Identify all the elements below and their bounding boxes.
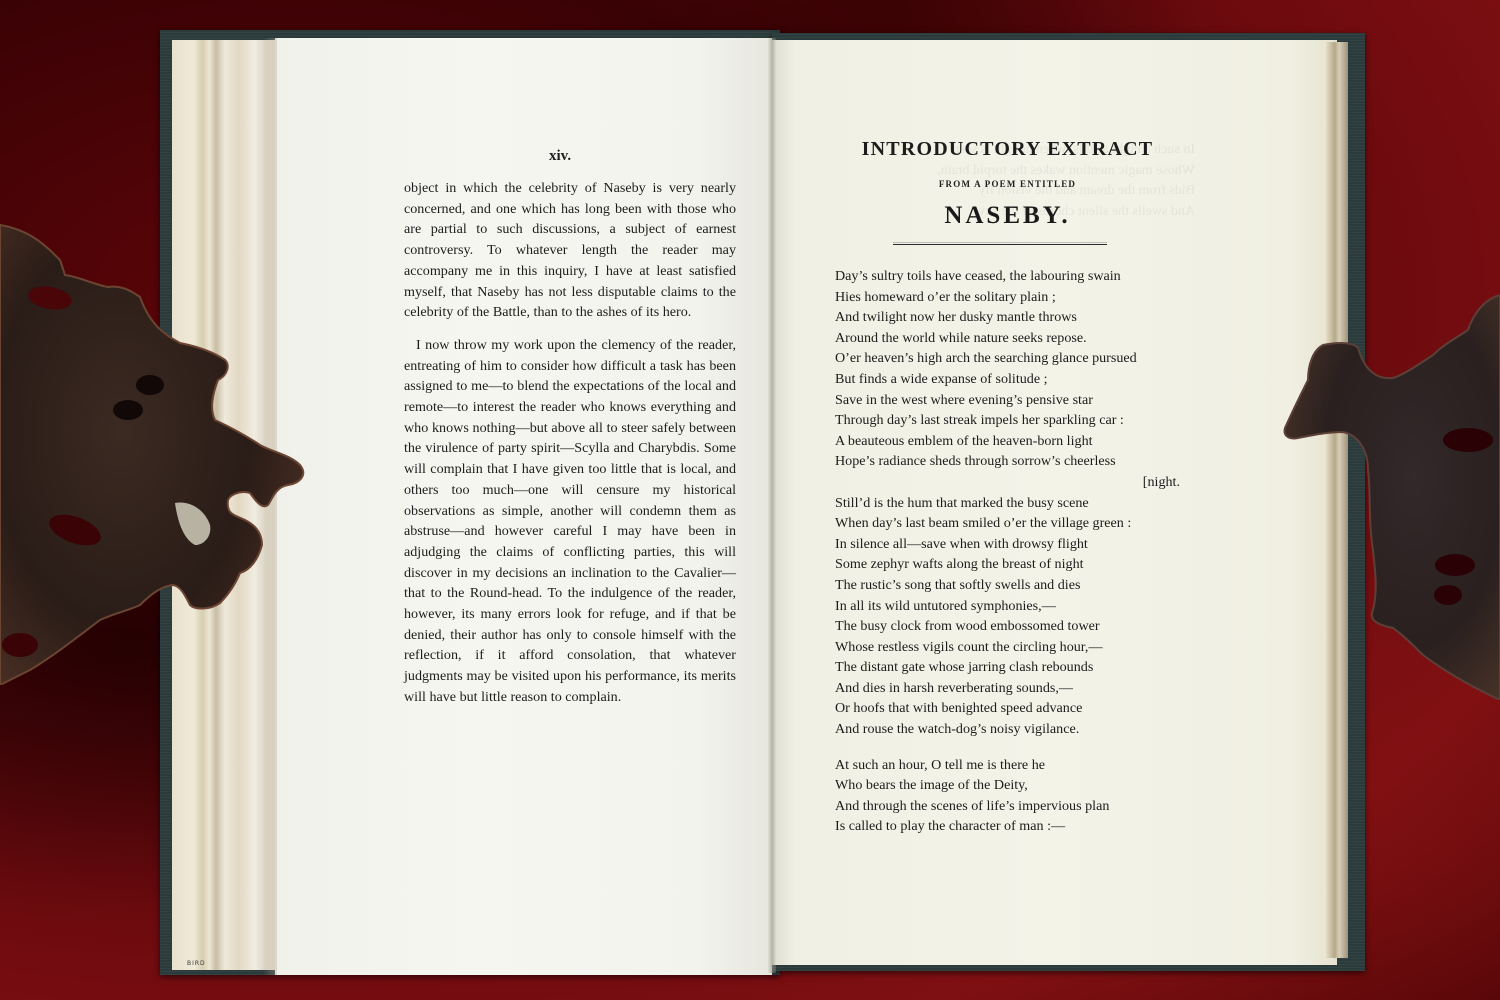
poem-line: The rustic’s song that softly swells and… (835, 575, 1180, 596)
poem-line: Still’d is the hum that marked the busy … (835, 493, 1180, 514)
section-subheading: FROM A POEM ENTITLED (820, 179, 1195, 189)
paragraph: I now throw my work upon the clemency of… (404, 335, 736, 708)
poem-line: And twilight now her dusky mantle throws (835, 307, 1180, 328)
poem-line: And rouse the watch-dog’s noisy vigilanc… (835, 719, 1180, 740)
poem-line: Is called to play the character of man :… (835, 816, 1180, 837)
poem-line: A beauteous emblem of the heaven-born li… (835, 431, 1180, 452)
paragraph: object in which the celebrity of Naseby … (404, 178, 736, 323)
page-number: xiv. (549, 148, 571, 165)
right-bookmark-clip-icon (1283, 280, 1500, 700)
poem-line: In all its wild untutored symphonies,— (835, 596, 1180, 617)
poem-line: When day’s last beam smiled o’er the vil… (835, 513, 1180, 534)
poem-line: Whose restless vigils count the circling… (835, 637, 1180, 658)
book-gutter (768, 38, 776, 973)
poem-line: Some zephyr wafts along the breast of ni… (835, 554, 1180, 575)
poem-line: Around the world while nature seeks repo… (835, 328, 1180, 349)
poem-line: The distant gate whose jarring clash reb… (835, 657, 1180, 678)
poem-line: And through the scenes of life’s impervi… (835, 796, 1180, 817)
poem-line-turnover: [night. (835, 472, 1180, 493)
poem-line: Save in the west where evening’s pensive… (835, 390, 1180, 411)
poem-line: But finds a wide expanse of solitude ; (835, 369, 1180, 390)
stanza: At such an hour, O tell me is there he W… (835, 755, 1180, 837)
left-page-body: object in which the celebrity of Naseby … (404, 178, 736, 708)
title-rule (893, 244, 1107, 245)
poem-body: Day’s sultry toils have ceased, the labo… (835, 266, 1180, 837)
poem-line: Through day’s last streak impels her spa… (835, 410, 1180, 431)
poem-line: Hies homeward o’er the solitary plain ; (835, 287, 1180, 308)
poem-title: NASEBY. (820, 202, 1195, 230)
poem-line: At such an hour, O tell me is there he (835, 755, 1180, 776)
section-heading: INTRODUCTORY EXTRACT (820, 138, 1195, 161)
stanza: Still’d is the hum that marked the busy … (835, 493, 1180, 740)
poem-line: In silence all—save when with drowsy fli… (835, 534, 1180, 555)
cover-label: BIRD (187, 960, 206, 967)
poem-line: Who bears the image of the Deity, (835, 775, 1180, 796)
stanza: Day’s sultry toils have ceased, the labo… (835, 266, 1180, 493)
poem-line: Or hoofs that with benighted speed advan… (835, 698, 1180, 719)
left-bookmark-clip-icon (0, 215, 310, 685)
poem-line: O’er heaven’s high arch the searching gl… (835, 348, 1180, 369)
poem-line: Day’s sultry toils have ceased, the labo… (835, 266, 1180, 287)
poem-line: And dies in harsh reverberating sounds,— (835, 678, 1180, 699)
poem-line: The busy clock from wood embossomed towe… (835, 616, 1180, 637)
poem-line: Hope’s radiance sheds through sorrow’s c… (835, 451, 1180, 472)
